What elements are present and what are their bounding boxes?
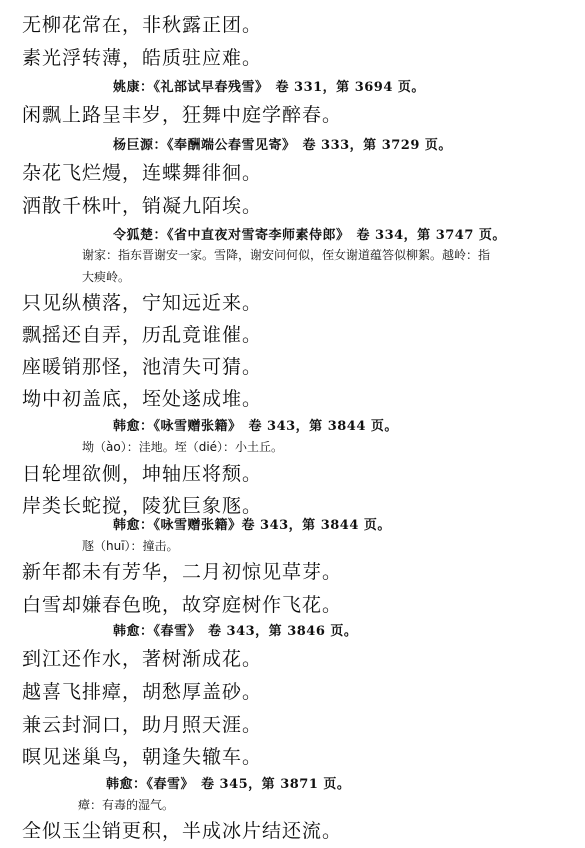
poem-line: 全似玉尘销更积，半成冰片结还流。 [22,816,342,843]
poem-line: 无柳花常在，非秋露正团。 [22,10,262,37]
annotation-note: 谢家：指东晋谢安一家。雪降，谢安问何似，侄女谢道蕴答似柳絮。越岭：指 [82,246,490,263]
poem-line: 素光浮转薄，皓质驻应难。 [22,43,262,70]
poem-line: 坳中初盖底，垤处遂成堆。 [22,384,262,411]
annotation-note: 大瘐岭。 [82,268,130,285]
poem-line: 闲飘上路呈丰岁，狂舞中庭学醉春。 [22,100,342,127]
citation: 韩愈：《咏雪赠张籍》 卷 343，第 3844 页。 [113,415,398,434]
poem-line: 白雪却嫌春色晚，故穿庭树作飞花。 [22,590,342,617]
poem-line: 新年都未有芳华，二月初惊见草芽。 [22,557,342,584]
citation: 韩愈：《咏雪赠张籍》卷 343，第 3844 页。 [113,514,391,533]
citation: 韩愈：《春雪》 卷 343，第 3846 页。 [113,620,357,639]
poem-line: 到江还作水，著树渐成花。 [22,644,262,671]
citation: 韩愈：《春雪》 卷 345，第 3871 页。 [106,773,350,792]
poem-line: 只见纵横落，宁知远近来。 [22,288,262,315]
poem-line: 杂花飞烂熳，连蝶舞徘徊。 [22,158,262,185]
poem-line: 座暖销那怪，池清失可猜。 [22,352,262,379]
citation: 令狐楚：《省中直夜对雪寄李师素侍郎》 卷 334，第 3747 页。 [113,224,506,243]
citation: 姚康：《礼部试早春残雪》 卷 331，第 3694 页。 [113,76,425,95]
annotation-note: 豗（huī）：撞击。 [82,537,179,554]
poem-line: 飘摇还自弄，历乱竟谁催。 [22,320,262,347]
poem-line: 越喜飞排瘴，胡愁厚盖砂。 [22,677,262,704]
annotation-note: 坳（ào）：洼地。垤（dié）：小土丘。 [82,438,283,455]
poem-line: 暝见迷巢鸟，朝逢失辙车。 [22,742,262,769]
poem-line: 日轮埋欲侧，坤轴压将颓。 [22,459,262,486]
poem-line: 兼云封洞口，助月照天涯。 [22,710,262,737]
citation: 杨巨源：《奉酬端公春雪见寄》 卷 333，第 3729 页。 [113,134,452,153]
poem-line: 洒散千株叶，销凝九陌埃。 [22,191,262,218]
annotation-note: 瘴：有毒的湿气。 [78,796,174,813]
